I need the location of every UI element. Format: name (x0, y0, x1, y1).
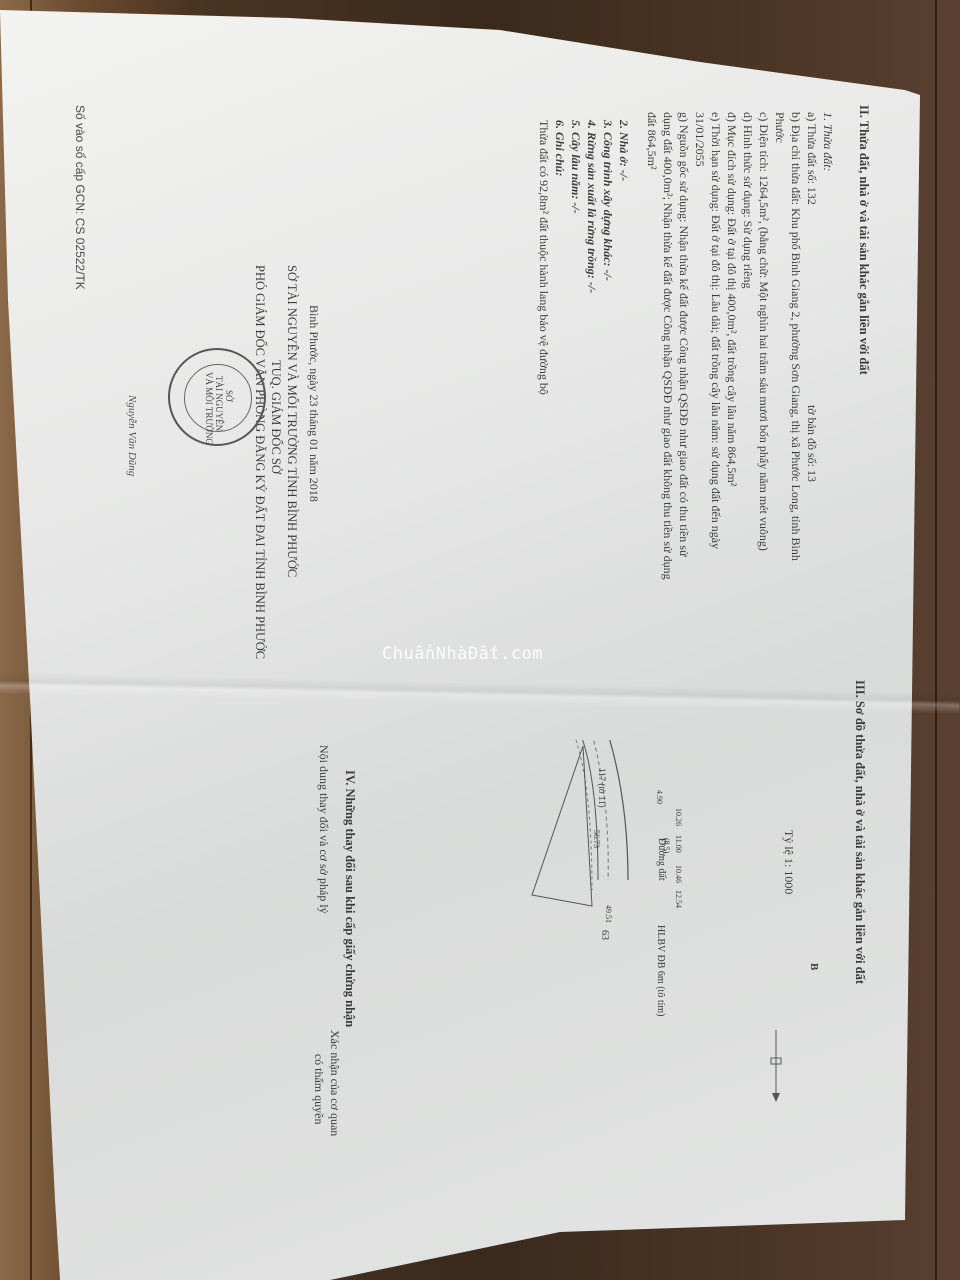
measurement-label: 4.90 (651, 790, 667, 804)
measurement-label: 10.26 (670, 808, 686, 826)
official-seal: SỞ TÀI NGUYÊN VÀ MÔI TRƯỜNG (168, 348, 266, 446)
item-other-works: 3. Công trình xây dựng khác: -/- (600, 120, 616, 395)
measurement-label: 12.54 (670, 890, 686, 908)
use-term: e) Thời hạn sử dụng: Đất ở tại đô thị: L… (708, 112, 724, 580)
corridor-label: HLBV ĐB 6m (tô tím) (652, 925, 668, 1016)
parcel-number: a) Thửa đất số: 132tờ bản đồ số: 13 (804, 112, 820, 580)
land-info-block: 1. Thửa đất: a) Thửa đất số: 132tờ bản đ… (644, 112, 836, 580)
parcel-number-label: 63 (596, 930, 612, 940)
use-form: d) Hình thức sử dụng: Sử dụng riêng (740, 112, 756, 580)
parcel-diagram (500, 740, 860, 1120)
neighbor-parcel-label: 117 (tờ 11) (594, 768, 610, 808)
subsection-parcel: 1. Thửa đất: (820, 112, 836, 580)
parcel-address: b) Địa chỉ thửa đất: Khu phố Bình Giang … (788, 112, 804, 580)
issuing-authority: SỞ TÀI NGUYÊN VÀ MÔI TRƯỜNG TỈNH BÌNH PH… (252, 265, 300, 659)
issue-date: Bình Phước, ngày 23 tháng 01 năm 2018 (306, 305, 322, 502)
changes-col-confirm: Xác nhận của cơ quan có thẩm quyền (311, 1030, 343, 1136)
item-forest: 4. Rừng sản xuất là rừng trồng: -/- (584, 120, 600, 395)
use-origin: g) Nguồn gốc sử dụng: Nhận thừa kế đất đ… (676, 112, 692, 580)
north-label: B (806, 963, 822, 970)
measurement-label: 10.46 (670, 865, 686, 883)
registry-number: Số vào sổ cấp GCN: CS 02522/TK (72, 105, 88, 290)
measurement-label: 56.73 (588, 830, 604, 848)
changes-col-content: Nội dung thay đổi và cơ sở pháp lý (316, 745, 332, 914)
watermark: ChuẩnNhàĐất.com (382, 644, 543, 664)
measurement-label: (8.5) (658, 838, 674, 853)
item-house: 2. Nhà ở: -/- (616, 120, 632, 395)
table-plank-seam (935, 0, 937, 1280)
parcel-area: c) Diện tích: 1264,5m², (bằng chữ: Một n… (756, 112, 772, 580)
item-notes: 6. Ghi chú: (552, 120, 568, 395)
note-text: Thửa đất có 92,8m² đất thuộc hành lang b… (536, 120, 552, 395)
measurement-label: 49.51 (600, 905, 616, 923)
signer-signature: Nguyễn Văn Dũng (124, 395, 140, 476)
section-4-heading: IV. Những thay đổi sau khi cấp giấy chứn… (342, 770, 358, 1027)
section-2-heading: II. Thửa đất, nhà ở và tài sản khác gắn … (856, 105, 872, 375)
asset-items-block: 2. Nhà ở: -/- 3. Công trình xây dựng khá… (536, 120, 632, 395)
use-purpose: đ) Mục đích sử dụng: Đất ở tại đô thị 40… (724, 112, 740, 580)
seal-text: SỞ TÀI NGUYÊN VÀ MÔI TRƯỜNG (204, 372, 234, 445)
item-perennial: 5. Cây lâu năm: -/- (568, 120, 584, 395)
